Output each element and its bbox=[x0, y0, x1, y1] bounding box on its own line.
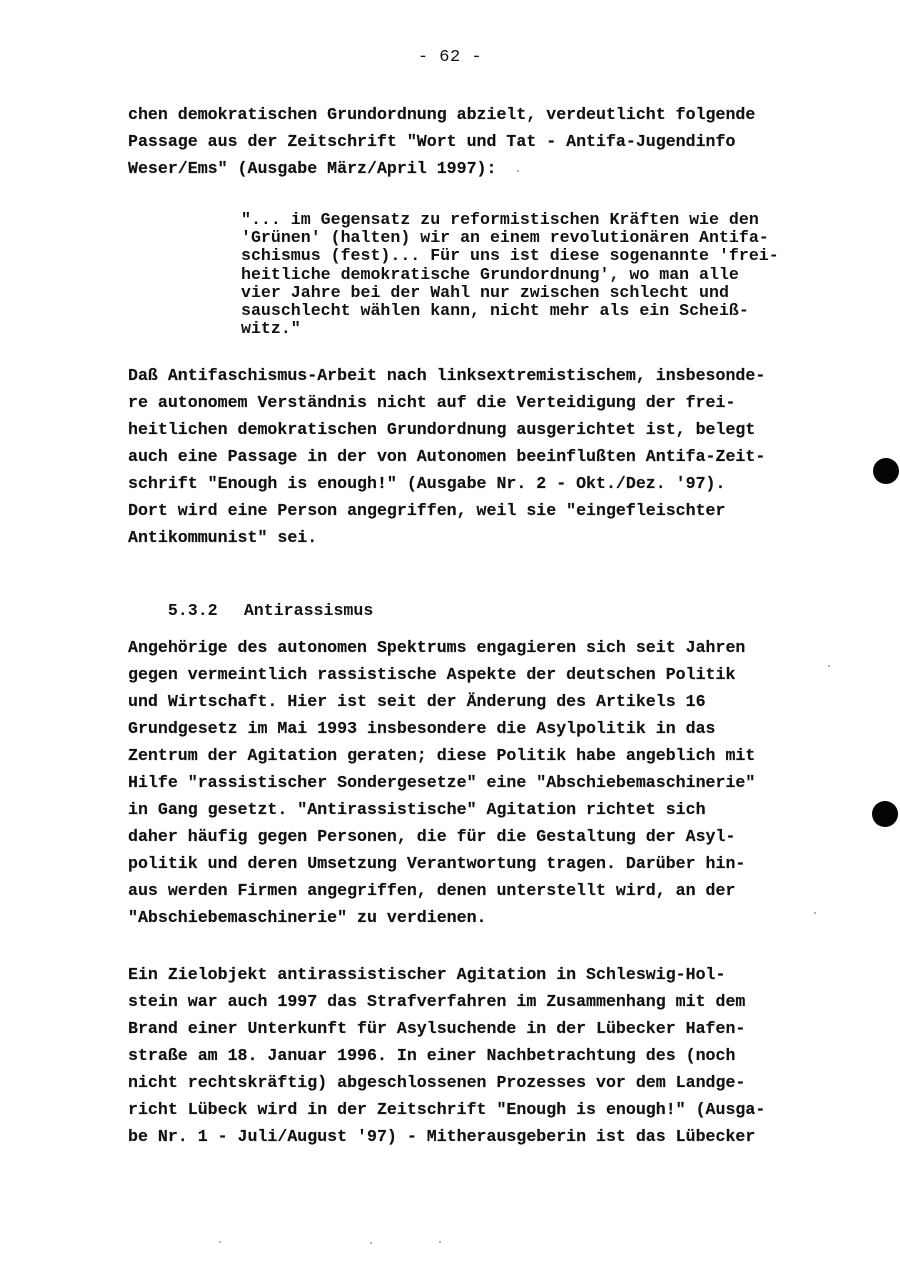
text-line: straße am 18. Januar 1996. In einer Nach… bbox=[128, 1042, 848, 1069]
text-line: "... im Gegensatz zu reformistischen Krä… bbox=[241, 211, 851, 229]
text-line: auch eine Passage in der von Autonomen b… bbox=[128, 443, 848, 470]
section-heading: 5.3.2Antirassismus bbox=[128, 582, 373, 639]
text-line: schrift "Enough is enough!" (Ausgabe Nr.… bbox=[128, 470, 848, 497]
text-line: stein war auch 1997 das Strafverfahren i… bbox=[128, 988, 848, 1015]
paragraph-antirassismus-2: Ein Zielobjekt antirassistischer Agitati… bbox=[128, 961, 848, 1150]
text-line: nicht rechtskräftig) abgeschlossenen Pro… bbox=[128, 1069, 848, 1096]
text-line: witz." bbox=[241, 320, 851, 338]
text-line: sauschlecht wählen kann, nicht mehr als … bbox=[241, 302, 851, 320]
section-number: 5.3.2 bbox=[168, 601, 244, 620]
text-line: Hilfe "rassistischer Sondergesetze" eine… bbox=[128, 769, 848, 796]
scan-speck bbox=[814, 912, 816, 914]
punch-hole-icon bbox=[872, 801, 898, 827]
text-line: Ein Zielobjekt antirassistischer Agitati… bbox=[128, 961, 848, 988]
paragraph-intro: chen demokratischen Grundordnung abzielt… bbox=[128, 101, 848, 182]
text-line: gegen vermeintlich rassistische Aspekte … bbox=[128, 661, 848, 688]
punch-hole-icon bbox=[873, 458, 899, 484]
text-line: Passage aus der Zeitschrift "Wort und Ta… bbox=[128, 128, 848, 155]
text-line: 'Grünen' (halten) wir an einem revolutio… bbox=[241, 229, 851, 247]
text-line: vier Jahre bei der Wahl nur zwischen sch… bbox=[241, 284, 851, 302]
block-quote: "... im Gegensatz zu reformistischen Krä… bbox=[241, 211, 851, 338]
text-line: heitlichen demokratischen Grundordnung a… bbox=[128, 416, 848, 443]
page-number: - 62 - bbox=[0, 48, 900, 67]
scan-speck bbox=[517, 170, 519, 172]
text-line: Zentrum der Agitation geraten; diese Pol… bbox=[128, 742, 848, 769]
scan-speck bbox=[828, 665, 830, 667]
text-line: heitliche demokratische Grundordnung', w… bbox=[241, 266, 851, 284]
text-line: Daß Antifaschismus-Arbeit nach linksextr… bbox=[128, 362, 848, 389]
text-line: politik und deren Umsetzung Verantwortun… bbox=[128, 850, 848, 877]
text-line: Grundgesetz im Mai 1993 insbesondere die… bbox=[128, 715, 848, 742]
text-line: re autonomem Verständnis nicht auf die V… bbox=[128, 389, 848, 416]
paragraph-antirassismus-1: Angehörige des autonomen Spektrums engag… bbox=[128, 634, 848, 931]
text-line: Angehörige des autonomen Spektrums engag… bbox=[128, 634, 848, 661]
text-line: Antikommunist" sei. bbox=[128, 524, 848, 551]
text-line: "Abschiebemaschinerie" zu verdienen. bbox=[128, 904, 848, 931]
paragraph-antifa-work: Daß Antifaschismus-Arbeit nach linksextr… bbox=[128, 362, 848, 551]
text-line: aus werden Firmen angegriffen, denen unt… bbox=[128, 877, 848, 904]
text-line: schismus (fest)... Für uns ist diese sog… bbox=[241, 247, 851, 265]
scan-speck bbox=[219, 1241, 221, 1243]
text-line: be Nr. 1 - Juli/August '97) - Mitherausg… bbox=[128, 1123, 848, 1150]
text-line: und Wirtschaft. Hier ist seit der Änderu… bbox=[128, 688, 848, 715]
text-line: Brand einer Unterkunft für Asylsuchende … bbox=[128, 1015, 848, 1042]
text-line: richt Lübeck wird in der Zeitschrift "En… bbox=[128, 1096, 848, 1123]
section-title: Antirassismus bbox=[244, 601, 373, 620]
text-line: chen demokratischen Grundordnung abzielt… bbox=[128, 101, 848, 128]
text-line: Weser/Ems" (Ausgabe März/April 1997): bbox=[128, 155, 848, 182]
scan-speck bbox=[370, 1242, 372, 1244]
text-line: Dort wird eine Person angegriffen, weil … bbox=[128, 497, 848, 524]
scan-speck bbox=[439, 1241, 441, 1243]
text-line: daher häufig gegen Personen, die für die… bbox=[128, 823, 848, 850]
text-line: in Gang gesetzt. "Antirassistische" Agit… bbox=[128, 796, 848, 823]
